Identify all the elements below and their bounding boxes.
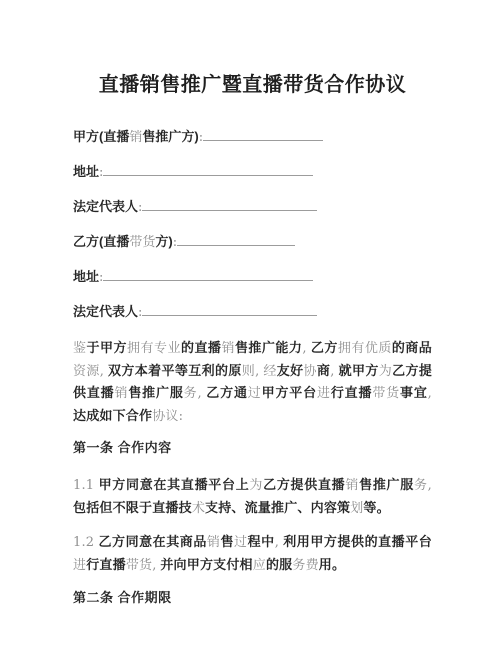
party-a-blank-line (203, 127, 323, 141)
field-row-party-b: 乙方(直播带货方): (73, 232, 432, 248)
party-a-representative-label: 法定代表人: (73, 199, 142, 214)
field-row-party-b-address: 地址: (73, 267, 432, 283)
section-2-heading: 第二条 合作期限 (73, 590, 432, 606)
document-title: 直播销售推广暨直播带货合作协议 (73, 73, 432, 97)
clause-1-1-paragraph: 1.1 甲方同意在其直播平台上为乙方提供直播销售推广服务, 包括但不限于直播技术… (73, 474, 432, 519)
field-row-party-a-representative: 法定代表人: (73, 197, 432, 213)
party-b-label: 乙方(直播带货方): (73, 234, 177, 249)
party-b-blank-line (177, 232, 295, 246)
party-fields: 甲方(直播销售推广方): 地址: 法定代表人: 乙方(直播带货方): 地址: 法… (73, 127, 432, 318)
party-b-address-label: 地址: (73, 269, 103, 284)
clause-1-2-paragraph: 1.2 乙方同意在其商品销售过程中, 利用甲方提供的直播平台进行直播带货, 并向… (73, 531, 432, 576)
party-a-representative-blank-line (142, 197, 317, 211)
party-a-address-label: 地址: (73, 164, 103, 179)
party-a-address-blank-line (103, 162, 313, 176)
party-a-label: 甲方(直播销售推广方): (73, 129, 203, 144)
field-row-party-b-representative: 法定代表人: (73, 302, 432, 318)
contract-document-page: 直播销售推广暨直播带货合作协议 甲方(直播销售推广方): 地址: 法定代表人: … (0, 0, 500, 647)
party-b-address-blank-line (103, 267, 313, 281)
party-b-representative-blank-line (142, 302, 317, 316)
field-row-party-a-address: 地址: (73, 162, 432, 178)
preamble-paragraph: 鉴于甲方拥有专业的直播销售推广能力, 乙方拥有优质的商品资源, 双方本着平等互利… (73, 337, 432, 427)
field-row-party-a: 甲方(直播销售推广方): (73, 127, 432, 143)
section-1-heading: 第一条 合作内容 (73, 440, 432, 456)
party-b-representative-label: 法定代表人: (73, 304, 142, 319)
